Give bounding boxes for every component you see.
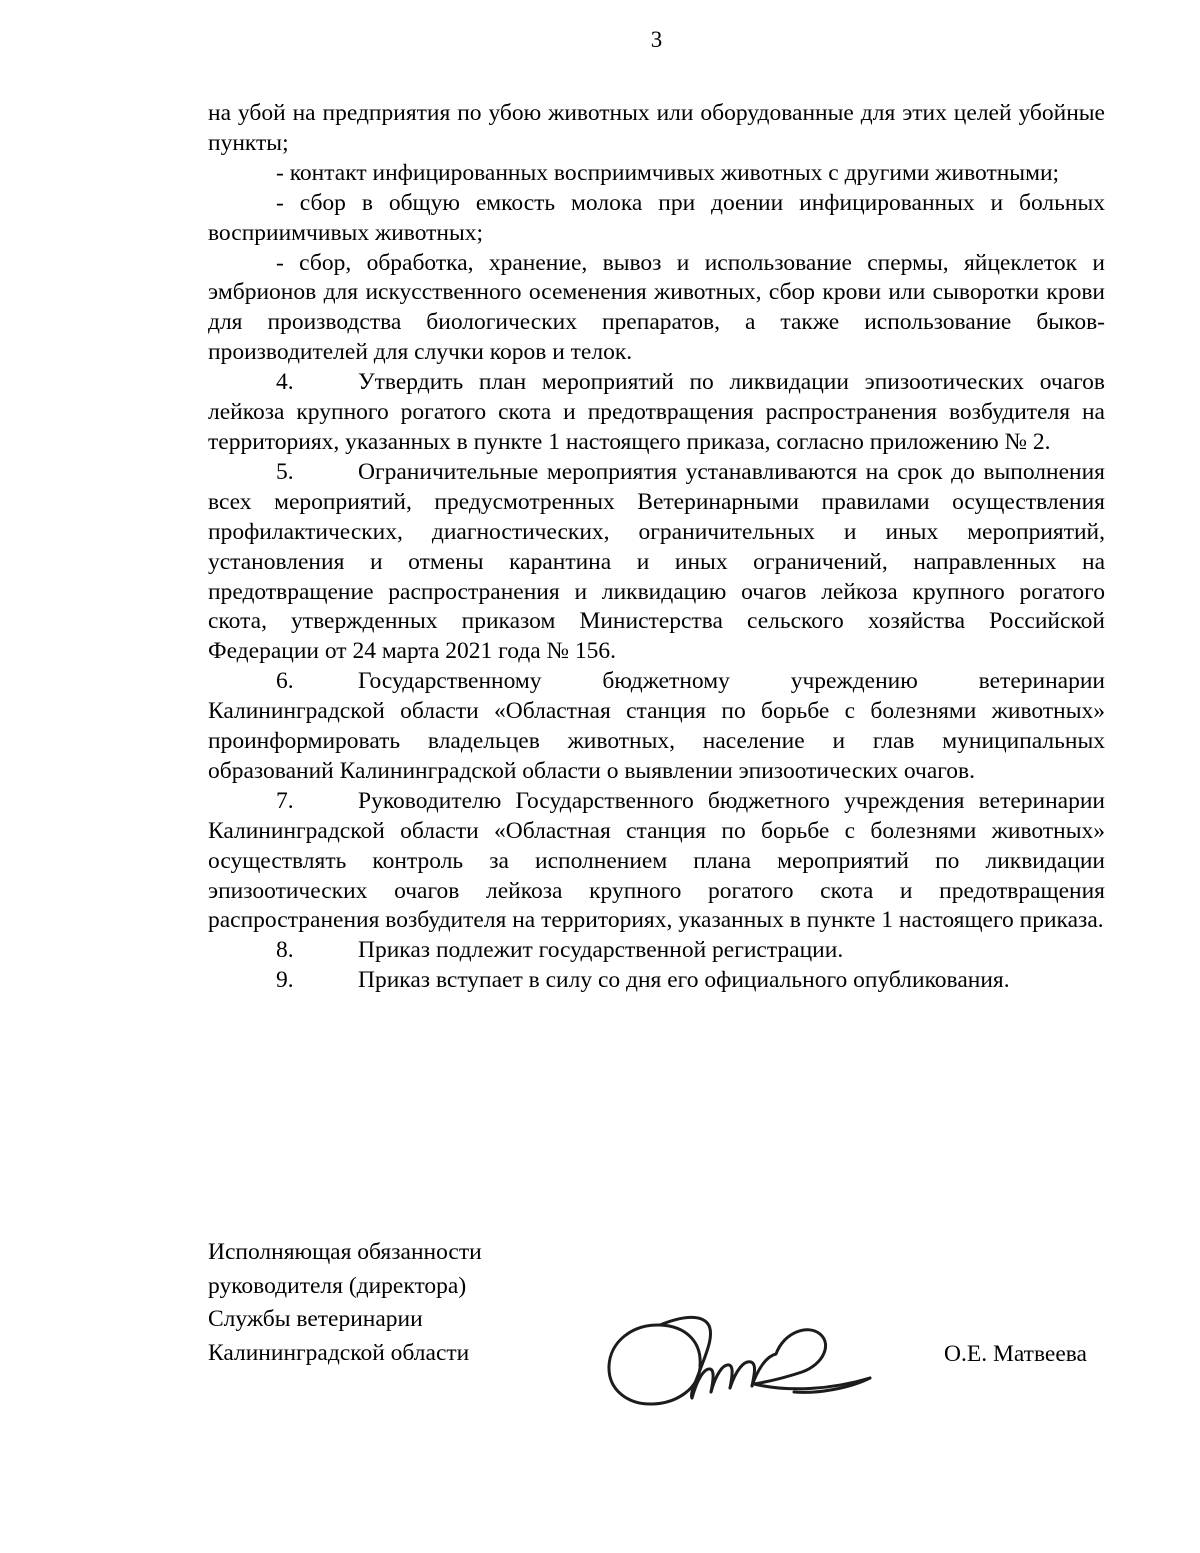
list-number: 7.: [276, 787, 358, 817]
list-number: 6.: [276, 667, 358, 697]
paragraph: на убой на предприятия по убою животных …: [208, 99, 1105, 159]
paragraph: - сбор в общую емкость молока при доении…: [208, 189, 1105, 249]
signature-icon: [598, 1308, 878, 1416]
paragraph: 8.Приказ подлежит государственной регист…: [208, 936, 1105, 966]
list-number: 4.: [276, 368, 358, 398]
paragraph-text: Ограничительные мероприятия устанавливаю…: [208, 459, 1105, 664]
list-number: 8.: [276, 936, 358, 966]
document-body: на убой на предприятия по убою животных …: [208, 99, 1105, 996]
signer-title-line: руководителя (директора): [208, 1270, 482, 1304]
signer-title: Исполняющая обязанности руководителя (ди…: [208, 1236, 482, 1370]
paragraph: - контакт инфицированных восприимчивых ж…: [208, 159, 1105, 189]
paragraph-text: Приказ подлежит государственной регистра…: [358, 937, 843, 963]
page-number: 3: [208, 26, 1105, 54]
paragraph: 7.Руководителю Государственного бюджетно…: [208, 787, 1105, 937]
paragraph: 6.Государственному бюджетному учреждению…: [208, 667, 1105, 787]
signer-title-line: Службы ветеринарии: [208, 1303, 482, 1337]
paragraph: 9.Приказ вступает в силу со дня его офиц…: [208, 966, 1105, 996]
signer-name: О.Е. Матвеева: [944, 1340, 1087, 1368]
list-number: 5.: [276, 458, 358, 488]
paragraph-text: Приказ вступает в силу со дня его официа…: [358, 967, 1010, 993]
list-number: 9.: [276, 966, 358, 996]
paragraph: 5.Ограничительные мероприятия устанавлив…: [208, 458, 1105, 667]
signer-title-line: Исполняющая обязанности: [208, 1236, 482, 1270]
paragraph: - сбор, обработка, хранение, вывоз и исп…: [208, 249, 1105, 369]
document-page: 3 на убой на предприятия по убою животны…: [0, 0, 1200, 1553]
paragraph: 4.Утвердить план мероприятий по ликвидац…: [208, 368, 1105, 458]
signer-title-line: Калининградской области: [208, 1337, 482, 1371]
